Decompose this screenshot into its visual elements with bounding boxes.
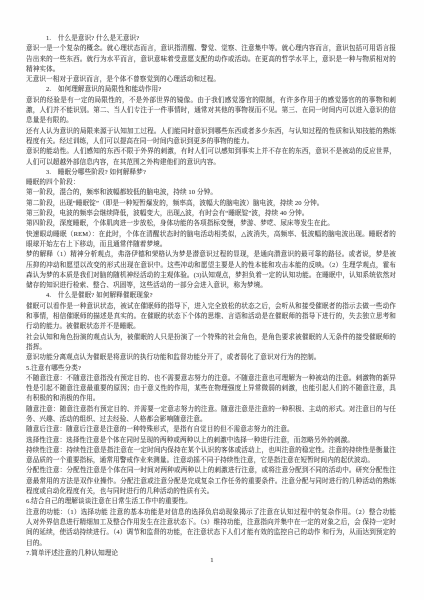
question-4: 4. 什么是催眠? 如何解释催眠现象? <box>26 291 396 301</box>
question-3: 3. 睡眠分哪些阶段? 如何解释梦? <box>26 168 396 178</box>
paragraph: 第一阶段，混合的，频率和波幅都较低的脑电波，持续 10 分钟。 <box>26 188 396 198</box>
paragraph: 快速眼动睡眠（REM）：在此时，个体在清醒状态时的脑电活动相类似，△波消失，高频… <box>26 230 396 251</box>
paragraph: 无意识一相对于意识而言，是个体不曾察觉到的心理活动和过程。 <box>26 75 396 85</box>
paragraph: 睡眠的四个阶段： <box>26 178 396 188</box>
paragraph: 梦的解释（1）精神分析观点，弗洛伊德和荣格认为梦是潜意识过程的显现，是通向潜意识… <box>26 250 396 291</box>
paragraph: 选择性注意：选择性注意是个体在同时呈现的两种或两种以上的刺激中选择一种进行注意，… <box>26 436 396 446</box>
paragraph: 第二阶段，出现“睡眠锭”（即是一种短暂爆发的，频率高，波幅大的脑电波）脑电波，持… <box>26 199 396 209</box>
paragraph: 第三阶段，电波的频率会继续降低，波幅变大，出现△波，有时会有“睡眠锭”波，持续 … <box>26 209 396 219</box>
paragraph: 社会认知和角色扮演的观点认为，被催眠的人只是扮演了一个特殊的社会角色，是角色要求… <box>26 333 396 354</box>
question-2: 2. 如何理解意识的局限性和能动作用? <box>26 85 396 95</box>
paragraph: 意识的经验是有一定的局限性的，不是外部世界的镜像。由于我们感觉器官的限制，有许多… <box>26 96 396 127</box>
paragraph: 第四阶段，深度睡眠，个体肌肉进一步放松，身体功能的各项指标变慢，梦游、梦呓、尿床… <box>26 219 396 229</box>
paragraph: 催眠可以看作是一种意识状态，被试在催眠师的指导下，进入完全放松的状态之后，会听从… <box>26 302 396 333</box>
paragraph: 意识功能分离观点认为催眠是将意识的执行功能和监督功能分开了，或者弱化了意识对行为… <box>26 353 396 363</box>
paragraph: 分配性注意：分配性注意是个体在同一时间对两种或两种以上的刺激进行注意，或将注意分… <box>26 466 396 497</box>
paragraph: 还有人认为意识的局限来源于认知加工过程。人们能同时意识到哪些东西或者多少东西，与… <box>26 127 396 148</box>
question-1: 1. 什么是意识? 什么是无意识? <box>26 34 396 44</box>
paragraph: 意识的能动性。人们感知的东西不限于外界的刺激，有时人们可以感知到事实上并不存在的… <box>26 147 396 168</box>
question-6: 6.结合自己的理解谈谈注意在日常生活工作中的重要性。 <box>26 497 396 507</box>
paragraph: 持续性注意：持续性注意是指注意在一定时间内保持在某个认识的客体或活动上，也叫注意… <box>26 446 396 467</box>
document-page: 1. 什么是意识? 什么是无意识? 意识一是一个复杂的概念。就心理状态而言，意识… <box>0 0 424 600</box>
paragraph: 不随意注意：不随意注意指没有预定目的、也不需要意志努力的注意。不随意注意也可理解… <box>26 374 396 405</box>
paragraph: 随意注意：随意注意指有预定目的、并需要一定意志努力的注意。随意注意是注意的一种积… <box>26 405 396 426</box>
paragraph: 注意的功能：（1）选择功能 注意的基本功能是对信息的选择负启动现象揭示了注意在认… <box>26 508 396 549</box>
paragraph: 随意后注意：随意后注意是注意的一种特殊形式，是指有自觉目的但不需意志努力的注意。 <box>26 425 396 435</box>
question-5: 5.注意有哪些分类? <box>26 364 396 374</box>
page-number: 1 <box>0 556 424 566</box>
paragraph: 意识一是一个复杂的概念。就心理状态而言，意识指清醒、警觉、觉察、注意集中等。就心… <box>26 44 396 75</box>
